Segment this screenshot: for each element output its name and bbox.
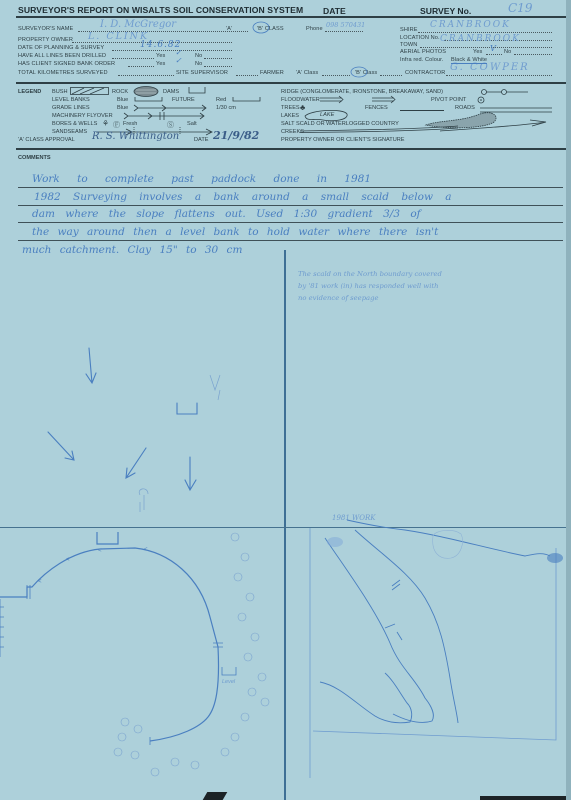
aerial-yes-line bbox=[486, 54, 502, 55]
comment-line-3: dam where the slope flattens out. Used 1… bbox=[32, 208, 421, 220]
date-header: DATE bbox=[323, 6, 346, 16]
bank-plan-sketch: <<<< Level bbox=[0, 527, 284, 800]
sheet-edge bbox=[566, 0, 571, 800]
comment-rule-4 bbox=[18, 240, 563, 241]
survey-no-value: C19 bbox=[508, 1, 532, 15]
bank-label: Level bbox=[222, 679, 236, 685]
contractor-line bbox=[446, 75, 552, 76]
farmer-label: FARMER bbox=[260, 70, 284, 76]
svg-text:<: < bbox=[98, 548, 102, 554]
side-note-line-3: no evidence of seepage bbox=[298, 292, 442, 304]
black-white-option[interactable]: Black & White bbox=[451, 57, 487, 64]
surveyors-name-label: SURVEYOR'S NAME bbox=[18, 26, 73, 32]
bank-order-check[interactable]: ✓ bbox=[175, 56, 182, 65]
infra-red-label: Infra red. Colour. bbox=[400, 57, 443, 63]
side-note: The scald on the North boundary covered … bbox=[298, 268, 442, 304]
town-value[interactable]: CRANBROOK bbox=[440, 34, 521, 44]
approval-signature: R. S. Whittington bbox=[92, 131, 179, 142]
legend-dams: DAMS bbox=[163, 89, 179, 95]
flow-arrows-sketch bbox=[0, 330, 284, 530]
legend-blue-2: Blue bbox=[117, 105, 128, 111]
lines-drilled-no[interactable]: No bbox=[195, 53, 202, 59]
location-no-label: LOCATION No. bbox=[400, 35, 440, 41]
ridge-symbol-icon bbox=[480, 88, 530, 96]
owner-signature-label: PROPERTY OWNER OR CLIENT'S SIGNATURE bbox=[281, 137, 405, 143]
comment-rule-2 bbox=[18, 205, 563, 206]
contractor-label: CONTRACTOR bbox=[405, 70, 445, 76]
bank-order-label: HAS CLIENT SIGNED BANK ORDER bbox=[18, 61, 115, 67]
legend-scale: 1/30 cm bbox=[216, 105, 236, 111]
lake-word: LAKE bbox=[320, 112, 334, 118]
legend-lakes: LAKES bbox=[281, 113, 299, 119]
floodwater-symbol-icon bbox=[320, 96, 440, 104]
site-supervisor-line bbox=[236, 75, 258, 76]
aerial-photos-check[interactable]: V bbox=[490, 44, 496, 53]
shire-label: SHIRE bbox=[400, 27, 418, 33]
comment-line-1: Work to complete past paddock done in 19… bbox=[32, 173, 371, 185]
legend-fences: FENCES bbox=[365, 105, 388, 111]
legend-ridge: RIDGE (CONGLOMERATE, IRONSTONE, BREAKAWA… bbox=[281, 89, 443, 95]
comment-rule-3 bbox=[18, 222, 563, 223]
bank-order-line bbox=[128, 66, 154, 67]
property-owner-label: PROPERTY OWNER bbox=[18, 37, 73, 43]
comment-line-2: 1982 Surveying involves a bank around a … bbox=[34, 191, 452, 203]
class-b-circle bbox=[252, 21, 272, 34]
pivot-point-icon bbox=[477, 96, 485, 104]
legend-grade-lines: GRADE LINES bbox=[52, 105, 90, 111]
comments-label: COMMENTS bbox=[18, 155, 51, 161]
aerial-photos-yes[interactable]: Yes bbox=[473, 49, 482, 55]
legend-level-banks: LEVEL BANKS bbox=[52, 97, 90, 103]
lines-drilled-yes[interactable]: Yes bbox=[156, 53, 165, 59]
bank-order-no-line bbox=[204, 66, 232, 67]
surveyors-name-value[interactable]: I. D. McGregor bbox=[100, 19, 176, 30]
legend-title: LEGEND bbox=[18, 89, 41, 95]
town-line bbox=[420, 47, 552, 48]
comment-line-5: much catchment. Clay 15" to 30 cm bbox=[22, 244, 242, 256]
work-1981-sketch bbox=[285, 528, 566, 800]
legend-bores-wells: BORES & WELLS bbox=[52, 121, 97, 127]
phone-value[interactable]: 098 570431 bbox=[326, 21, 365, 29]
b-class-line bbox=[380, 75, 402, 76]
document-title: SURVEYOR'S REPORT ON WISALTS SOIL CONSER… bbox=[18, 5, 303, 15]
future-bank-symbol-icon bbox=[232, 96, 262, 103]
legend-bush: BUSH bbox=[52, 89, 68, 95]
legend-red: Red bbox=[216, 97, 226, 103]
a-class-line bbox=[322, 75, 350, 76]
total-km-label: TOTAL KILOMETRES SURVEYED bbox=[18, 70, 108, 76]
svg-text:<: < bbox=[144, 547, 148, 553]
approval-date-label: DATE bbox=[194, 137, 209, 143]
side-note-line-2: by '81 work (in) has responded well with bbox=[298, 280, 442, 292]
bank-order-yes[interactable]: Yes bbox=[156, 61, 165, 67]
svg-text:<: < bbox=[66, 557, 70, 563]
svg-text:<: < bbox=[38, 579, 42, 585]
shire-line bbox=[418, 32, 552, 33]
aerial-photos-label: AERIAL PHOTOS bbox=[400, 49, 446, 55]
scan-shadow-right bbox=[480, 796, 566, 800]
aerial-no-line bbox=[514, 54, 552, 55]
header-rule bbox=[16, 16, 566, 18]
lines-drilled-line bbox=[112, 58, 154, 59]
date-of-planning-line bbox=[112, 50, 232, 51]
a-class-label: 'A' Class bbox=[296, 70, 318, 76]
bush-symbol-icon bbox=[70, 87, 110, 96]
class-a-label: 'A' bbox=[226, 26, 232, 32]
comment-line-4: the way around then a level bank to hold… bbox=[32, 226, 438, 238]
total-km-line bbox=[118, 75, 174, 76]
legend-rule bbox=[16, 148, 566, 150]
a-class-approval-label: 'A' CLASS APPROVAL bbox=[18, 137, 75, 143]
legend-trees: TREES bbox=[281, 105, 300, 111]
grade-line-symbol-icon bbox=[134, 104, 209, 112]
lines-drilled-label: HAVE ALL LINES BEEN DRILLED bbox=[18, 53, 106, 59]
aerial-photos-no[interactable]: No bbox=[504, 49, 511, 55]
legend-sandseams: SANDSEAMS bbox=[52, 129, 87, 135]
bank-order-no[interactable]: No bbox=[195, 61, 202, 67]
creek-symbol-icon bbox=[300, 126, 460, 134]
legend-blue-1: Blue bbox=[117, 97, 128, 103]
survey-no-header: SURVEY No. bbox=[420, 6, 471, 16]
form-rule bbox=[16, 82, 566, 84]
legend-future: FUTURE bbox=[172, 97, 195, 103]
phone-line bbox=[325, 31, 363, 32]
side-note-line-1: The scald on the North boundary covered bbox=[298, 268, 442, 280]
level-bank-symbol-icon bbox=[134, 96, 164, 103]
dam-symbol-icon bbox=[188, 87, 208, 95]
shire-value[interactable]: CRANBROOK bbox=[430, 20, 511, 30]
comment-rule-1 bbox=[18, 187, 563, 188]
flyover-symbol-icon bbox=[124, 112, 209, 120]
b-class-circle bbox=[350, 66, 370, 78]
legend-pivot-point: PIVOT POINT bbox=[431, 97, 466, 103]
date-of-planning-label: DATE OF PLANNING & SURVEY bbox=[18, 45, 104, 51]
phone-label: Phone bbox=[306, 26, 323, 32]
quadrant-label: 1981 WORK bbox=[332, 514, 375, 522]
lines-drilled-no-line bbox=[204, 58, 232, 59]
approval-date-value: 21/9/82 bbox=[213, 129, 259, 142]
site-supervisor-label: SITE SUPERVISOR bbox=[176, 70, 228, 76]
town-label: TOWN bbox=[400, 42, 417, 48]
legend-rock: ROCK bbox=[112, 89, 128, 95]
